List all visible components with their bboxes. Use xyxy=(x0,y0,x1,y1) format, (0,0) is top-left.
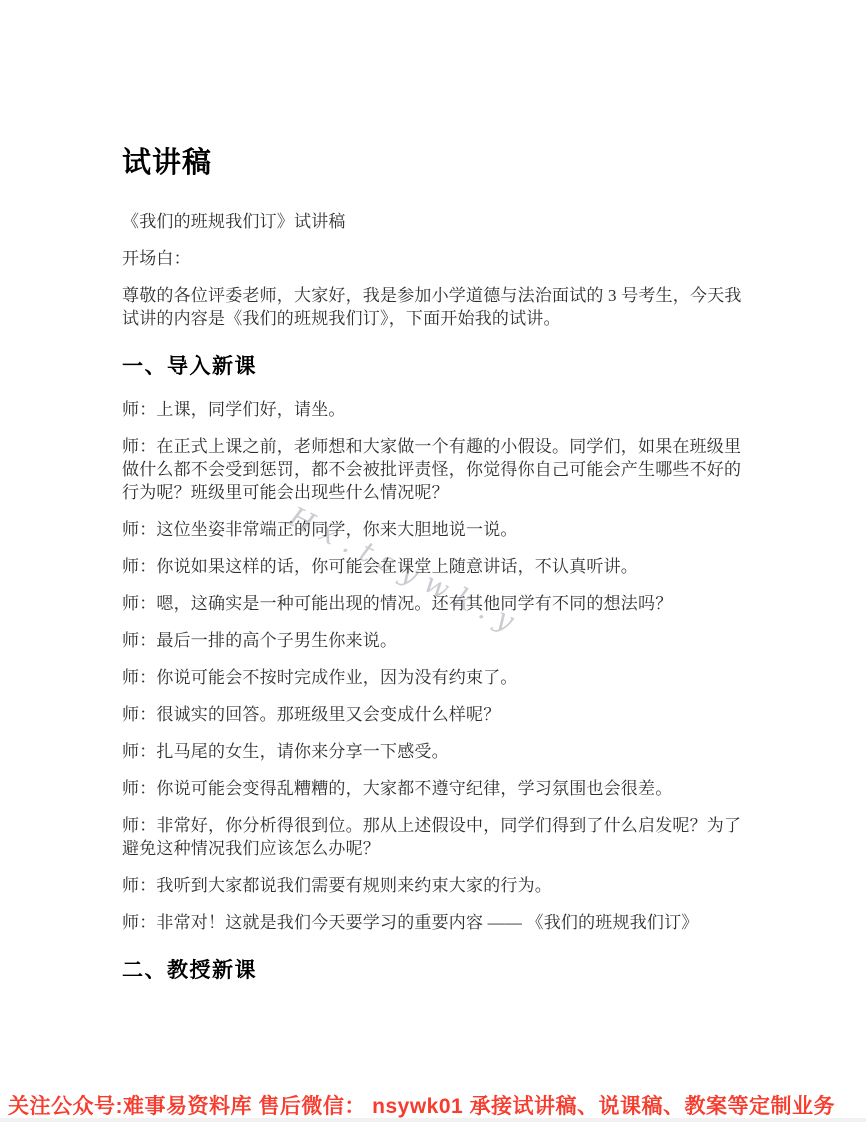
paragraph-teacher-line: 师：扎马尾的女生，请你来分享一下感受。 xyxy=(122,740,746,763)
promo-footer-text: 关注公众号:难事易资料库 售后微信： nsywk01 承接试讲稿、说课稿、教案等… xyxy=(8,1096,858,1118)
section-heading-2: 二、教授新课 xyxy=(122,958,746,984)
paragraph-opening-label: 开场白： xyxy=(122,247,746,270)
document-body: 试讲稿 《我们的班规我们订》试讲稿 开场白： 尊敬的各位评委老师，大家好，我是参… xyxy=(122,0,746,1002)
document-page: { "document": { "title": "试讲稿", "blocks"… xyxy=(0,0,866,1122)
paragraph-teacher-line: 师：嗯，这确实是一种可能出现的情况。还有其他同学有不同的想法吗？ xyxy=(122,592,746,615)
paragraph-teacher-line: 师：这位坐姿非常端正的同学，你来大胆地说一说。 xyxy=(122,518,746,541)
paragraph-teacher-line: 师：非常好，你分析得很到位。那从上述假设中，同学们得到了什么启发呢？为了 避免这… xyxy=(122,814,746,860)
paragraph-teacher-line: 师：非常对！这就是我们今天要学习的重要内容 —— 《我们的班规我们订》 xyxy=(122,911,746,934)
paragraph-opening-speech: 尊敬的各位评委老师，大家好，我是参加小学道德与法治面试的 3 号考生，今天我 试… xyxy=(122,284,746,330)
paragraph-teacher-line: 师：上课，同学们好，请坐。 xyxy=(122,398,746,421)
paragraph-teacher-line: 师：你说如果这样的话，你可能会在课堂上随意讲话，不认真听讲。 xyxy=(122,555,746,578)
paragraph-teacher-line: 师：在正式上课之前，老师想和大家做一个有趣的小假设。同学们，如果在班级里 做什么… xyxy=(122,435,746,504)
paragraph-teacher-line: 师：你说可能会不按时完成作业，因为没有约束了。 xyxy=(122,666,746,689)
paragraph-subtitle: 《我们的班规我们订》试讲稿 xyxy=(122,210,746,233)
paragraph-teacher-line: 师：很诚实的回答。那班级里又会变成什么样呢？ xyxy=(122,703,746,726)
section-heading-1: 一、导入新课 xyxy=(122,354,746,380)
bottom-edge-strip xyxy=(0,1118,866,1122)
paragraph-teacher-line: 师：我听到大家都说我们需要有规则来约束大家的行为。 xyxy=(122,874,746,897)
paragraph-teacher-line: 师：最后一排的高个子男生你来说。 xyxy=(122,629,746,652)
paragraph-teacher-line: 师：你说可能会变得乱糟糟的，大家都不遵守纪律，学习氛围也会很差。 xyxy=(122,777,746,800)
page-title: 试讲稿 xyxy=(122,146,746,180)
